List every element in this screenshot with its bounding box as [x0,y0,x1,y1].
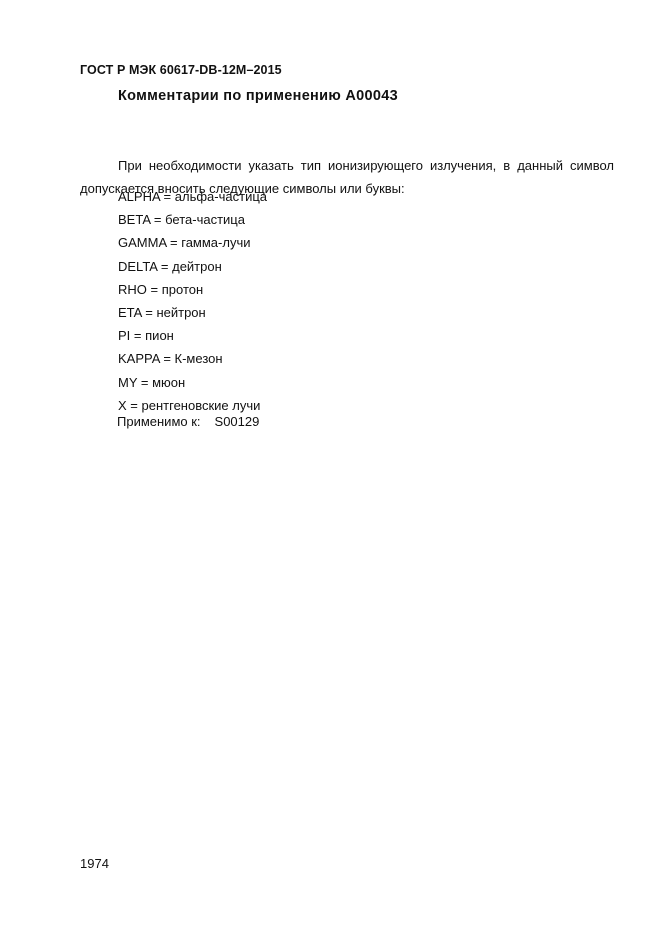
page-number: 1974 [80,856,109,871]
equals-sign: = [134,328,142,343]
symbol-meaning: мюон [152,375,185,390]
equals-sign: = [154,212,162,227]
symbol-code: BETA [118,212,150,227]
symbol-code: MY [118,375,137,390]
symbol-item: BETA = бета-частица [118,208,267,231]
equals-sign: = [130,398,138,413]
symbol-item: PI = пион [118,324,267,347]
symbol-meaning: гамма-лучи [181,235,250,250]
symbol-list: ALPHA = альфа-частица BETA = бета-частиц… [118,185,267,417]
equals-sign: = [161,259,169,274]
section-title: Комментарии по применению A00043 [118,88,398,104]
equals-sign: = [151,282,159,297]
standard-header: ГОСТ Р МЭК 60617-DB-12M–2015 [80,63,282,77]
applies-to-label: Применимо к: [117,414,201,429]
symbol-meaning: нейтрон [156,305,205,320]
symbol-code: ETA [118,305,142,320]
symbol-code: ALPHA [118,189,160,204]
symbol-item: KAPPA = К-мезон [118,347,267,370]
symbol-code: KAPPA [118,351,160,366]
equals-sign: = [163,351,171,366]
symbol-meaning: рентгеновские лучи [142,398,261,413]
symbol-code: GAMMA [118,235,166,250]
equals-sign: = [164,189,172,204]
symbol-item: DELTA = дейтрон [118,255,267,278]
symbol-code: X [118,398,127,413]
equals-sign: = [141,375,149,390]
symbol-meaning: бета-частица [165,212,245,227]
symbol-item: ALPHA = альфа-частица [118,185,267,208]
applies-to: Применимо к:S00129 [117,414,259,429]
equals-sign: = [145,305,153,320]
applies-to-reference: S00129 [215,414,260,429]
symbol-meaning: дейтрон [172,259,222,274]
symbol-item: RHO = протон [118,278,267,301]
equals-sign: = [170,235,178,250]
symbol-code: RHO [118,282,147,297]
symbol-code: PI [118,328,130,343]
symbol-meaning: К-мезон [175,351,223,366]
symbol-meaning: протон [162,282,203,297]
symbol-meaning: альфа-частица [175,189,267,204]
symbol-meaning: пион [145,328,174,343]
symbol-code: DELTA [118,259,157,274]
symbol-item: MY = мюон [118,371,267,394]
symbol-item: ETA = нейтрон [118,301,267,324]
symbol-item: GAMMA = гамма-лучи [118,231,267,254]
